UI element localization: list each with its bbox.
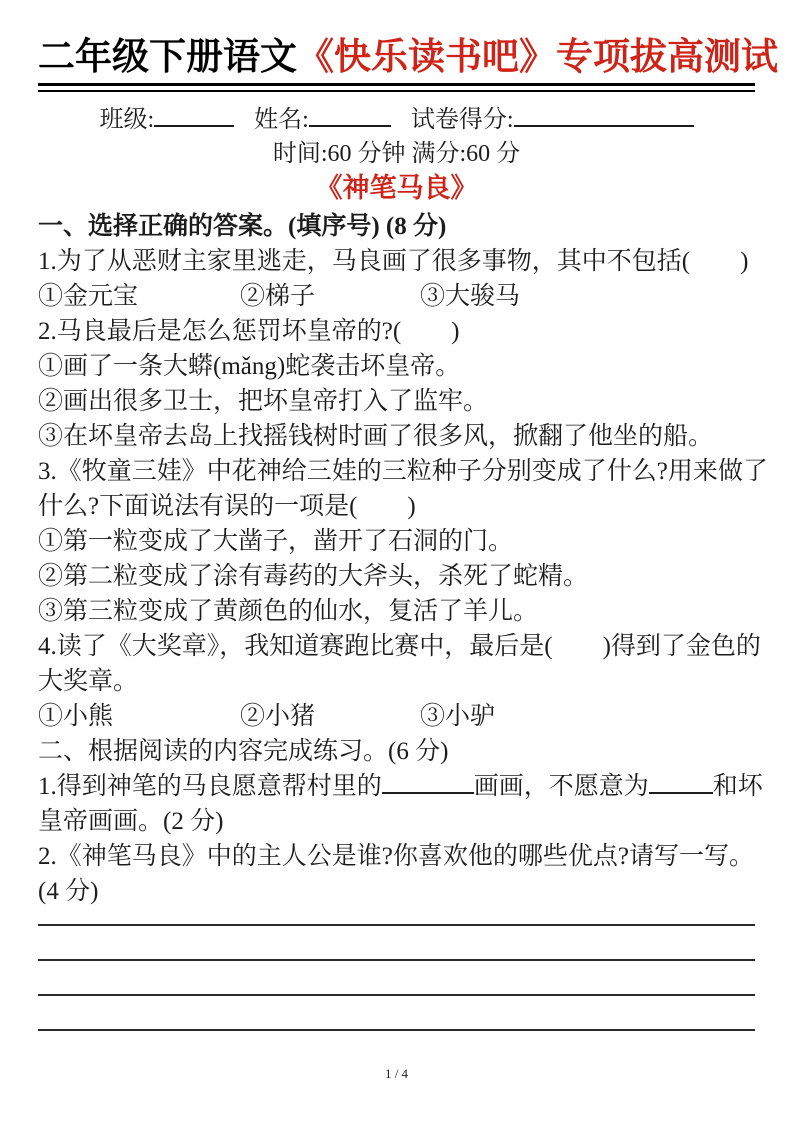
score-blank xyxy=(514,103,694,127)
question-1-text: 1.为了从恶财主家里逃走，马良画了很多事物，其中不包括( ) xyxy=(38,244,755,279)
question-2-choice: ①画了一条大蟒(mǎng)蛇袭击坏皇帝。 xyxy=(38,349,755,384)
fill-in-text: 画画，不愿意为 xyxy=(474,773,649,800)
question-3-choice: ②第二粒变成了涂有毒药的大斧头，杀死了蛇精。 xyxy=(38,559,755,594)
question-3-choice: ③第三粒变成了黄颜色的仙水，复活了羊儿。 xyxy=(38,594,755,629)
title-course-part: 二年级下册语文 xyxy=(38,37,297,78)
student-info-row: 班级: 姓名: 试卷得分: xyxy=(38,103,755,134)
question-3-text-line2: 什么?下面说法有误的一项是( ) xyxy=(38,489,755,524)
fill-in-text: 1.得到神笔的马良愿意帮村里的 xyxy=(38,773,382,800)
answer-line xyxy=(38,909,755,926)
section-two-heading: 二、根据阅读的内容完成练习。(6 分) xyxy=(38,734,755,769)
answer-line xyxy=(38,926,755,961)
page-number: 1 / 4 xyxy=(0,1066,793,1082)
option-item: ②小猪 xyxy=(240,699,420,734)
score-field: 试卷得分: xyxy=(411,103,694,134)
answer-line xyxy=(38,996,755,1031)
open-question-text-line1: 2.《神笔马良》中的主人公是谁?你喜欢他的哪些优点?请写一写。 xyxy=(38,839,755,874)
question-2-choice: ③在坏皇帝去岛上找摇钱树时画了很多风，掀翻了他坐的船。 xyxy=(38,419,755,454)
question-3-choice: ①第一粒变成了大凿子，凿开了石洞的门。 xyxy=(38,524,755,559)
class-field: 班级: xyxy=(99,103,234,134)
page-title: 二年级下册语文《快乐读书吧》专项拔高测试 xyxy=(38,34,755,82)
question-2-text: 2.马良最后是怎么惩罚坏皇帝的?( ) xyxy=(38,314,755,349)
option-item: ①小熊 xyxy=(38,699,240,734)
section-one-heading: 一、选择正确的答案。(填序号) (8 分) xyxy=(38,209,755,244)
question-4-text-line2: 大奖章。 xyxy=(38,664,755,699)
option-item: ①金元宝 xyxy=(38,279,240,314)
question-3-text-line1: 3.《牧童三娃》中花神给三娃的三粒种子分别变成了什么?用来做了 xyxy=(38,454,755,489)
fill-in-blank xyxy=(382,770,474,794)
class-blank xyxy=(154,103,234,127)
worksheet-page: 二年级下册语文《快乐读书吧》专项拔高测试 班级: 姓名: 试卷得分: 时间:60… xyxy=(0,0,793,1122)
question-2-choice: ②画出很多卫士，把坏皇帝打入了监牢。 xyxy=(38,384,755,419)
option-item: ③小驴 xyxy=(420,699,495,734)
title-divider xyxy=(38,83,755,92)
score-label: 试卷得分: xyxy=(411,107,514,133)
worksheet-subtitle: 《神笔马良》 xyxy=(38,172,755,205)
name-field: 姓名: xyxy=(254,103,391,134)
time-score-line: 时间:60 分钟 满分:60 分 xyxy=(38,140,755,169)
option-item: ③大骏马 xyxy=(420,279,520,314)
name-label: 姓名: xyxy=(254,107,309,133)
fill-in-blank xyxy=(649,770,713,794)
question-4-text-line1: 4.读了《大奖章》，我知道赛跑比赛中，最后是( )得到了金色的 xyxy=(38,629,755,664)
name-blank xyxy=(309,103,391,127)
question-4-options: ①小熊 ②小猪 ③小驴 xyxy=(38,699,755,734)
option-item: ②梯子 xyxy=(240,279,420,314)
answer-line xyxy=(38,961,755,996)
worksheet-body: 一、选择正确的答案。(填序号) (8 分) 1.为了从恶财主家里逃走，马良画了很… xyxy=(38,209,755,909)
fill-in-text: 和坏 xyxy=(713,773,763,800)
title-book-part: 《快乐读书吧》专项拔高测试 xyxy=(297,37,778,78)
open-question-text-line2: (4 分) xyxy=(38,874,755,909)
answer-lines xyxy=(38,909,755,1031)
question-1-options: ①金元宝 ②梯子 ③大骏马 xyxy=(38,279,755,314)
class-label: 班级: xyxy=(99,107,154,133)
fill-in-question-line2: 皇帝画画。(2 分) xyxy=(38,804,755,839)
fill-in-question-line1: 1.得到神笔的马良愿意帮村里的画画，不愿意为和坏 xyxy=(38,769,755,804)
